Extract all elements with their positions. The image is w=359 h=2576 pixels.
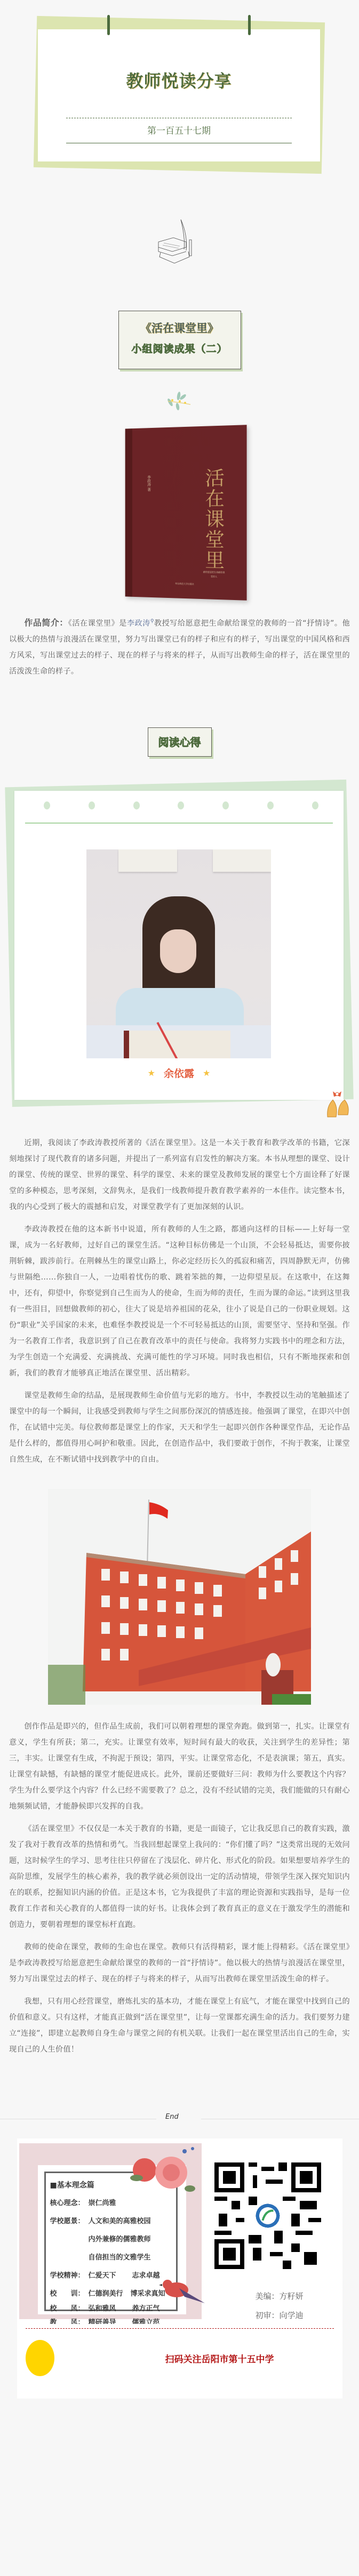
dot-icon (133, 801, 140, 809)
follow-prompt: 扫码关注岳阳市第十五中学 (17, 2352, 342, 2365)
dot-icon (178, 801, 184, 809)
info-key: 校 训： (50, 2290, 89, 2298)
dot-icon (267, 801, 274, 809)
bird-decoration-icon (158, 2277, 206, 2308)
divider (66, 143, 292, 143)
book-title: 《活在课堂里》 (119, 320, 241, 336)
paragraph: 李政涛教授在他的这本新书中说道，所有教师的人生之路，都通向这样的目标——上好每一… (9, 1221, 350, 1381)
paragraph: 教师的使命在课堂，教师的生命也在课堂。教师只有活得精彩，课才能上得精彩。《活在课… (9, 1939, 350, 1987)
info-row: 学校精神：仁爱天下志求卓越 (50, 2267, 172, 2285)
intro-text: 《活在课堂里》是 (68, 619, 127, 628)
dot-icon (44, 801, 50, 809)
header-card: 教师悦读分享 第一百五十七期 (0, 0, 359, 176)
section-label-text: 阅读心得 (148, 727, 212, 757)
author-photo (86, 849, 271, 1058)
pin-icon (248, 15, 251, 35)
info-value: 内外兼修的儒雅教师 (89, 2235, 151, 2243)
book-spine (125, 428, 132, 597)
info-value: 仁爱天下 (89, 2272, 116, 2280)
section-label: 阅读心得 (148, 727, 212, 757)
book-cover-image: 活在课堂里 李政涛 著 献给愿意把生命献给课堂的人 华东师范大学出版社 (116, 427, 244, 603)
wall-frame (118, 849, 177, 872)
info-key: 学校精神： (50, 2272, 89, 2280)
photo-shape (160, 929, 196, 973)
intro-paragraph: 作品简介：《活在课堂里》是李政涛⚲教授写给愿意把生命献给课堂的教师的一首“抒情诗… (9, 613, 350, 679)
article-page: 教师悦读分享 第一百五十七期 《活在课堂里》 小组阅读成果（二） (0, 0, 359, 2415)
paragraph: 我想，只有用心经营课堂，磨炼扎实的基本功，才能在课堂上有底气，才能在课堂中找到自… (9, 1994, 350, 2057)
divider (66, 118, 292, 118)
header-card-front: 教师悦读分享 第一百五十七期 (38, 29, 320, 161)
issue-number: 第一百五十七期 (38, 123, 320, 136)
book-title-box: 《活在课堂里》 小组阅读成果（二） (118, 311, 241, 369)
author-link[interactable]: 李政涛 (127, 619, 150, 628)
photo-shape (124, 1031, 230, 1058)
bottom-spacer (0, 2399, 359, 2415)
sprig-decoration-icon (164, 391, 196, 412)
info-row: 校 风：弘和雅风养方正气 (50, 2303, 172, 2317)
info-value: 仁德润美行 (89, 2290, 123, 2298)
cover-title: 活在课堂里 (199, 468, 227, 571)
info-value: 自信担当的文雅学生 (89, 2254, 151, 2262)
book-cover: 活在课堂里 李政涛 著 献给愿意把生命献给课堂的人 华东师范大学出版社 (125, 425, 246, 601)
rose-decoration-icon (121, 2143, 190, 2202)
qr-code[interactable] (214, 2162, 321, 2269)
credit-first-review: 初审：向学迪 (256, 2306, 304, 2325)
divider (26, 2328, 334, 2329)
bells-icon (322, 1085, 352, 1122)
info-row: 校 训：仁德润美行博采求真知 (50, 2285, 172, 2303)
credit-designer: 美编：方籽妍 (256, 2287, 304, 2306)
paragraph: 课堂是教师生命的结晶，是展现教师生命价值与光彩的地方。书中，李教授以生动的笔触描… (9, 1388, 350, 1468)
school-building-photo (48, 1489, 311, 1705)
school-philosophy-card: ■基本理念篇 核心理念：崇仁尚雅 学校愿景：人文和美的高雅校园 内外兼修的儒雅教… (19, 2143, 202, 2319)
dot-icon (89, 801, 95, 809)
page-title: 教师悦读分享 (38, 68, 320, 92)
cover-author: 李政涛 著 (146, 475, 151, 491)
star-icon: ★ (148, 1068, 155, 1078)
book-subtitle: 小组阅读成果（二） (119, 341, 241, 355)
info-value: 弘和雅风 (89, 2305, 116, 2313)
author-photo-card: ★余依露★ (0, 771, 359, 1122)
reading-reflection: 近期，我阅读了李政涛教授所著的《活在课堂里》。这是一本关于教育和教学改革的书籍，… (0, 1135, 359, 1468)
book-intro: 作品简介：《活在课堂里》是李政涛⚲教授写给愿意把生命献给课堂的教师的一首“抒情诗… (0, 613, 359, 679)
end-text: End (165, 2113, 179, 2121)
cover-publisher: 华东师范大学出版社 (125, 581, 246, 587)
star-icon: ★ (203, 1068, 210, 1078)
card-front: ★余依露★ (14, 791, 344, 1100)
search-icon[interactable]: ⚲ (150, 619, 154, 624)
divider (25, 823, 333, 823)
reading-reflection-continued: 创作作品是即兴的，但作品生成前，我们可以朝着理想的课堂奔跑。做到第一，扎实。让课… (0, 1719, 359, 2057)
author-name: 余依露 (164, 1068, 194, 1080)
info-key: 学校愿景： (50, 2218, 89, 2225)
dot-icon (222, 801, 229, 809)
dot-icon (312, 801, 318, 809)
info-row: 自信担当的文雅学生 (50, 2249, 172, 2267)
info-row: 内外兼修的儒雅教师 (50, 2231, 172, 2249)
intro-label: 作品简介： (24, 618, 68, 628)
info-value: 崇仁尚雅 (89, 2199, 116, 2207)
info-value: 养方正气 (132, 2305, 160, 2313)
info-value: 志求卓越 (132, 2272, 160, 2280)
divider (201, 2119, 359, 2119)
footer-card: ■基本理念篇 核心理念：崇仁尚雅 学校愿景：人文和美的高雅校园 内外兼修的儒雅教… (17, 2138, 342, 2336)
cover-tagline: 献给愿意把生命献给课堂的人 (203, 570, 224, 579)
info-key: 校 风： (50, 2305, 89, 2313)
paragraph: 近期，我阅读了李政涛教授所著的《活在课堂里》。这是一本关于教育和教学改革的书籍，… (9, 1135, 350, 1215)
binder-dots (44, 801, 318, 809)
end-marker: End (0, 2111, 359, 2127)
pin-icon (107, 15, 110, 35)
books-quill-sketch-icon (148, 218, 212, 266)
footer-follow-area: 扫码关注岳阳市第十五中学 (17, 2324, 342, 2399)
info-key: 核心理念： (50, 2200, 89, 2207)
paragraph: 创作作品是即兴的，但作品生成前，我们可以朝着理想的课堂奔跑。做到第一，扎实。让课… (9, 1719, 350, 1814)
author-name-row: ★余依露★ (14, 1066, 344, 1080)
info-row: 学校愿景：人文和美的高雅校园 (50, 2213, 172, 2231)
wall-frame (213, 849, 271, 872)
divider (0, 2119, 156, 2119)
info-value: 人文和美的高雅校园 (89, 2217, 151, 2225)
box-body: 《活在课堂里》 小组阅读成果（二） (118, 311, 241, 369)
paragraph: 《活在课堂里》不仅仅是一本关于教育的书籍，更是一面镜子，它让我反思自己的教育实践… (9, 1821, 350, 1933)
